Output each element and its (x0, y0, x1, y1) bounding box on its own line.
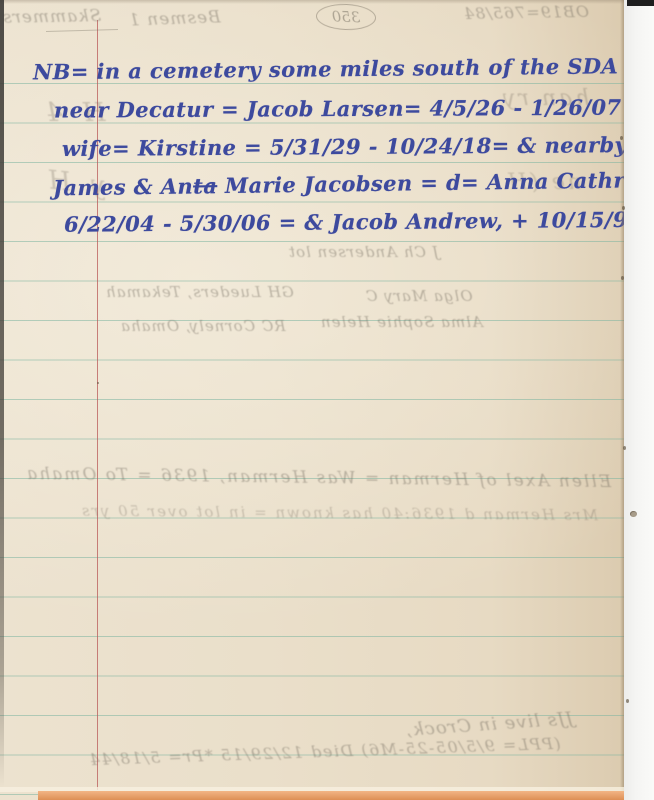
next-page-edge (38, 791, 624, 800)
scanner-background-strip (624, 0, 654, 800)
scan-left-edge (0, 0, 4, 788)
paper-speck (622, 206, 625, 210)
handwritten-line-2: near Decatur = Jacob Larsen= 4/5/26 - 1/… (54, 94, 649, 122)
paper-speck (620, 136, 623, 140)
scanner-edge-bar (627, 0, 654, 6)
bleedthrough-underline (46, 29, 118, 32)
handwritten-line-1: NB= in a cemetery some miles south of th… (33, 53, 654, 85)
bleedthrough-catalog-number: OB19=765/84 (463, 2, 589, 23)
bleedthrough-page-number-stamp: 350 (316, 3, 377, 31)
handwritten-line-5: 6/22/04 - 5/30/06 = & Jacob Andrew, + 10… (64, 206, 654, 237)
bleedthrough-top-left-name: Skammers (2, 6, 102, 28)
bleedthrough-mid-row2-right: Olga Mary C (365, 287, 473, 305)
bleedthrough-page-number: 350 (331, 8, 360, 27)
paper-nick (630, 511, 637, 517)
line-4-struck-text: ta (193, 173, 217, 198)
line-4-pre: James & An (53, 173, 193, 200)
bleedthrough-mid-row2-left: GH Lueders, Tekamah (105, 283, 294, 301)
paper-speck (623, 446, 626, 450)
paper-speck (97, 382, 99, 384)
bleedthrough-top-center-name: Besmen 1 (128, 7, 221, 30)
scanned-notebook-page: Skammers Besmen 1 350 OB19=765/84 H 4 y … (0, 0, 654, 800)
paper-speck (626, 699, 629, 703)
paper-speck (377, 115, 379, 117)
paper-speck (621, 276, 624, 280)
bleedthrough-mid-row3-right: Alma Sophie Helen (320, 313, 483, 331)
handwritten-line-3: wife= Kirstine = 5/31/29 - 10/24/18= & n… (62, 132, 653, 161)
bleedthrough-mid-row1: J Ch Andersen lot (288, 243, 439, 261)
bleedthrough-mid-row3-left: RC Cornely, Omaha (120, 317, 286, 335)
